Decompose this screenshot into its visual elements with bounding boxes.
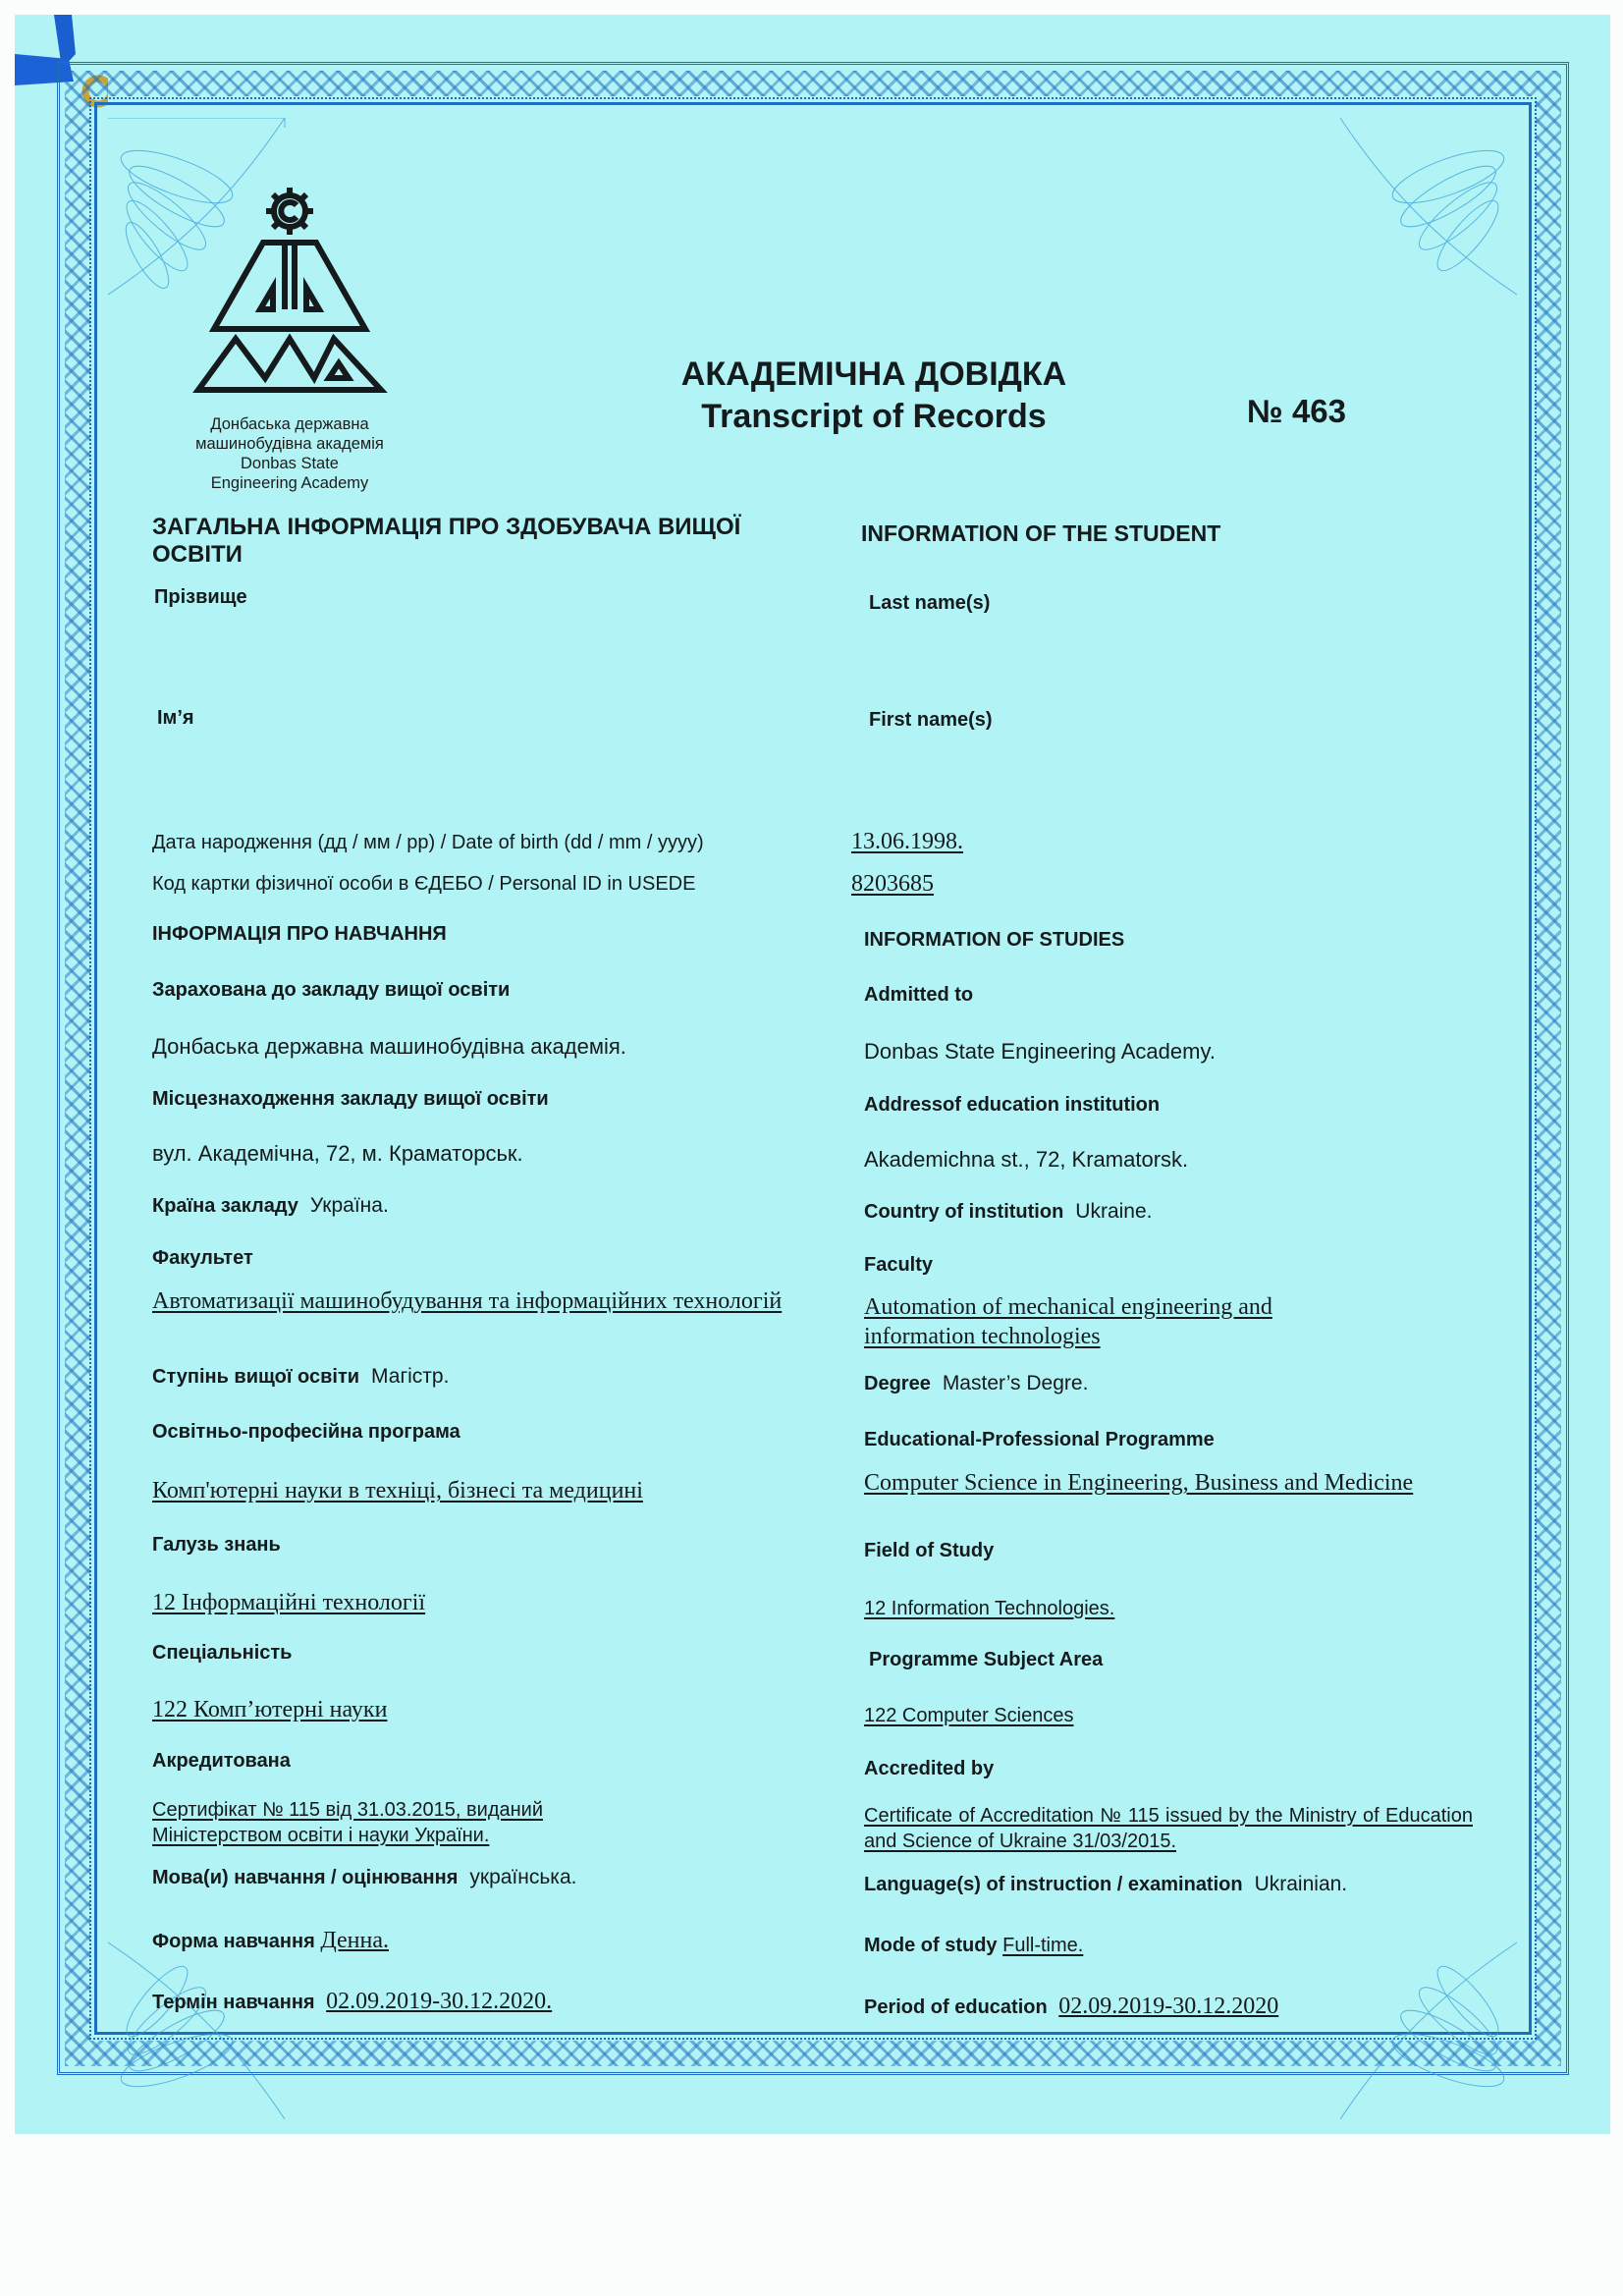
address-value-en: Akademichna st., 72, Kramatorsk.	[864, 1147, 1188, 1173]
title-ua: АКАДЕМІЧНА ДОВІДКА	[628, 354, 1119, 395]
language-value-en: Ukrainian.	[1255, 1873, 1348, 1895]
mode-value-ua: Денна.	[320, 1928, 389, 1953]
title-en: Transcript of Records	[628, 395, 1119, 438]
document-number: № 463	[1247, 393, 1346, 430]
admitted-value-en: Donbas State Engineering Academy.	[864, 1039, 1216, 1065]
student-info-heading-en: INFORMATION OF THE STUDENT	[861, 520, 1220, 547]
studies-heading-en: INFORMATION OF STUDIES	[864, 929, 1124, 952]
address-label-en: Addressof education institution	[864, 1094, 1160, 1117]
personal-id-label: Код картки фізичної особи в ЄДЕБО / Pers…	[152, 873, 695, 896]
degree-ua: Ступінь вищої освітиМагістр.	[152, 1365, 449, 1389]
accredited-label-ua: Акредитована	[152, 1750, 291, 1773]
programme-label-ua: Освітньо-професійна програма	[152, 1421, 460, 1444]
specialty-value-ua: 122 Комп’ютерні науки	[152, 1695, 387, 1724]
faculty-value-en: Automation of mechanical engineering and…	[864, 1292, 1375, 1351]
admitted-label-en: Admitted to	[864, 984, 973, 1007]
mode-ua: Форма навчання Денна.	[152, 1928, 389, 1954]
programme-value-ua: Комп'ютерні науки в техніці, бізнесі та …	[152, 1476, 643, 1505]
document-title: АКАДЕМІЧНА ДОВІДКА Transcript of Records	[628, 354, 1119, 438]
specialty-label-en: Programme Subject Area	[869, 1649, 1103, 1671]
language-value-ua: українська.	[469, 1866, 576, 1888]
specialty-value-en: 122 Computer Sciences	[864, 1705, 1073, 1727]
guilloche-corner-icon	[108, 1933, 295, 2119]
programme-label-en: Educational-Professional Programme	[864, 1429, 1215, 1451]
faculty-label-en: Faculty	[864, 1254, 933, 1277]
mode-value-en: Full-time.	[1002, 1935, 1083, 1956]
last-name-label-en: Last name(s)	[869, 592, 990, 615]
student-info-heading-ua: ЗАГАЛЬНА ІНФОРМАЦІЯ ПРО ЗДОБУВАЧА ВИЩОЇ …	[152, 514, 800, 569]
country-value-ua: Україна.	[310, 1194, 389, 1217]
address-label-ua: Місцезнаходження закладу вищої освіти	[152, 1088, 549, 1111]
degree-value-en: Master’s Degre.	[943, 1372, 1089, 1394]
field-value-ua: 12 Інформаційні технології	[152, 1588, 425, 1617]
dob-label: Дата народження (дд / мм / рр) / Date of…	[152, 832, 704, 854]
period-value-en: 02.09.2019-30.12.2020	[1058, 1994, 1278, 2019]
field-label-ua: Галузь знань	[152, 1534, 281, 1557]
country-ua: Країна закладуУкраїна.	[152, 1194, 389, 1218]
field-label-en: Field of Study	[864, 1540, 994, 1562]
field-value-en: 12 Information Technologies.	[864, 1598, 1114, 1620]
language-ua: Мова(и) навчання / оцінюванняукраїнська.	[152, 1866, 576, 1889]
faculty-value-ua: Автоматизації машинобудування та інформа…	[152, 1286, 790, 1316]
period-en: Period of education 02.09.2019-30.12.202…	[864, 1994, 1278, 2020]
specialty-label-ua: Спеціальність	[152, 1642, 292, 1665]
country-value-en: Ukraine.	[1075, 1200, 1152, 1223]
country-en: Country of institutionUkraine.	[864, 1200, 1153, 1224]
admitted-value-ua: Донбаська державна машинобудівна академі…	[152, 1034, 626, 1060]
academy-logo-icon	[187, 182, 393, 398]
accredited-value-en: Certificate of Accreditation № 115 issue…	[864, 1803, 1473, 1854]
institution-caption: Донбаська державна машинобудівна академі…	[157, 414, 422, 493]
mode-en: Mode of study Full-time.	[864, 1935, 1083, 1957]
dob-value: 13.06.1998.	[851, 827, 963, 856]
first-name-label-ua: Ім’я	[157, 707, 194, 730]
accredited-value-ua: Сертифікат № 115 від 31.03.2015, виданий…	[152, 1797, 574, 1848]
guilloche-corner-icon	[1330, 1933, 1517, 2119]
language-en: Language(s) of instruction / examination…	[864, 1873, 1347, 1896]
studies-heading-ua: ІНФОРМАЦІЯ ПРО НАВЧАННЯ	[152, 923, 447, 946]
accredited-label-en: Accredited by	[864, 1758, 994, 1780]
guilloche-corner-icon	[1330, 118, 1517, 304]
degree-en: DegreeMaster’s Degre.	[864, 1372, 1088, 1395]
period-ua: Термін навчання 02.09.2019-30.12.2020.	[152, 1989, 552, 2015]
first-name-label-en: First name(s)	[869, 709, 993, 732]
admitted-label-ua: Зарахована до закладу вищої освіти	[152, 979, 510, 1002]
last-name-label-ua: Прізвище	[154, 586, 247, 609]
programme-value-en: Computer Science in Engineering, Busines…	[864, 1468, 1414, 1498]
period-value-ua: 02.09.2019-30.12.2020.	[326, 1989, 552, 2014]
address-value-ua: вул. Академічна, 72, м. Краматорськ.	[152, 1141, 523, 1167]
faculty-label-ua: Факультет	[152, 1247, 253, 1270]
personal-id-value: 8203685	[851, 869, 934, 899]
degree-value-ua: Магістр.	[371, 1365, 449, 1388]
